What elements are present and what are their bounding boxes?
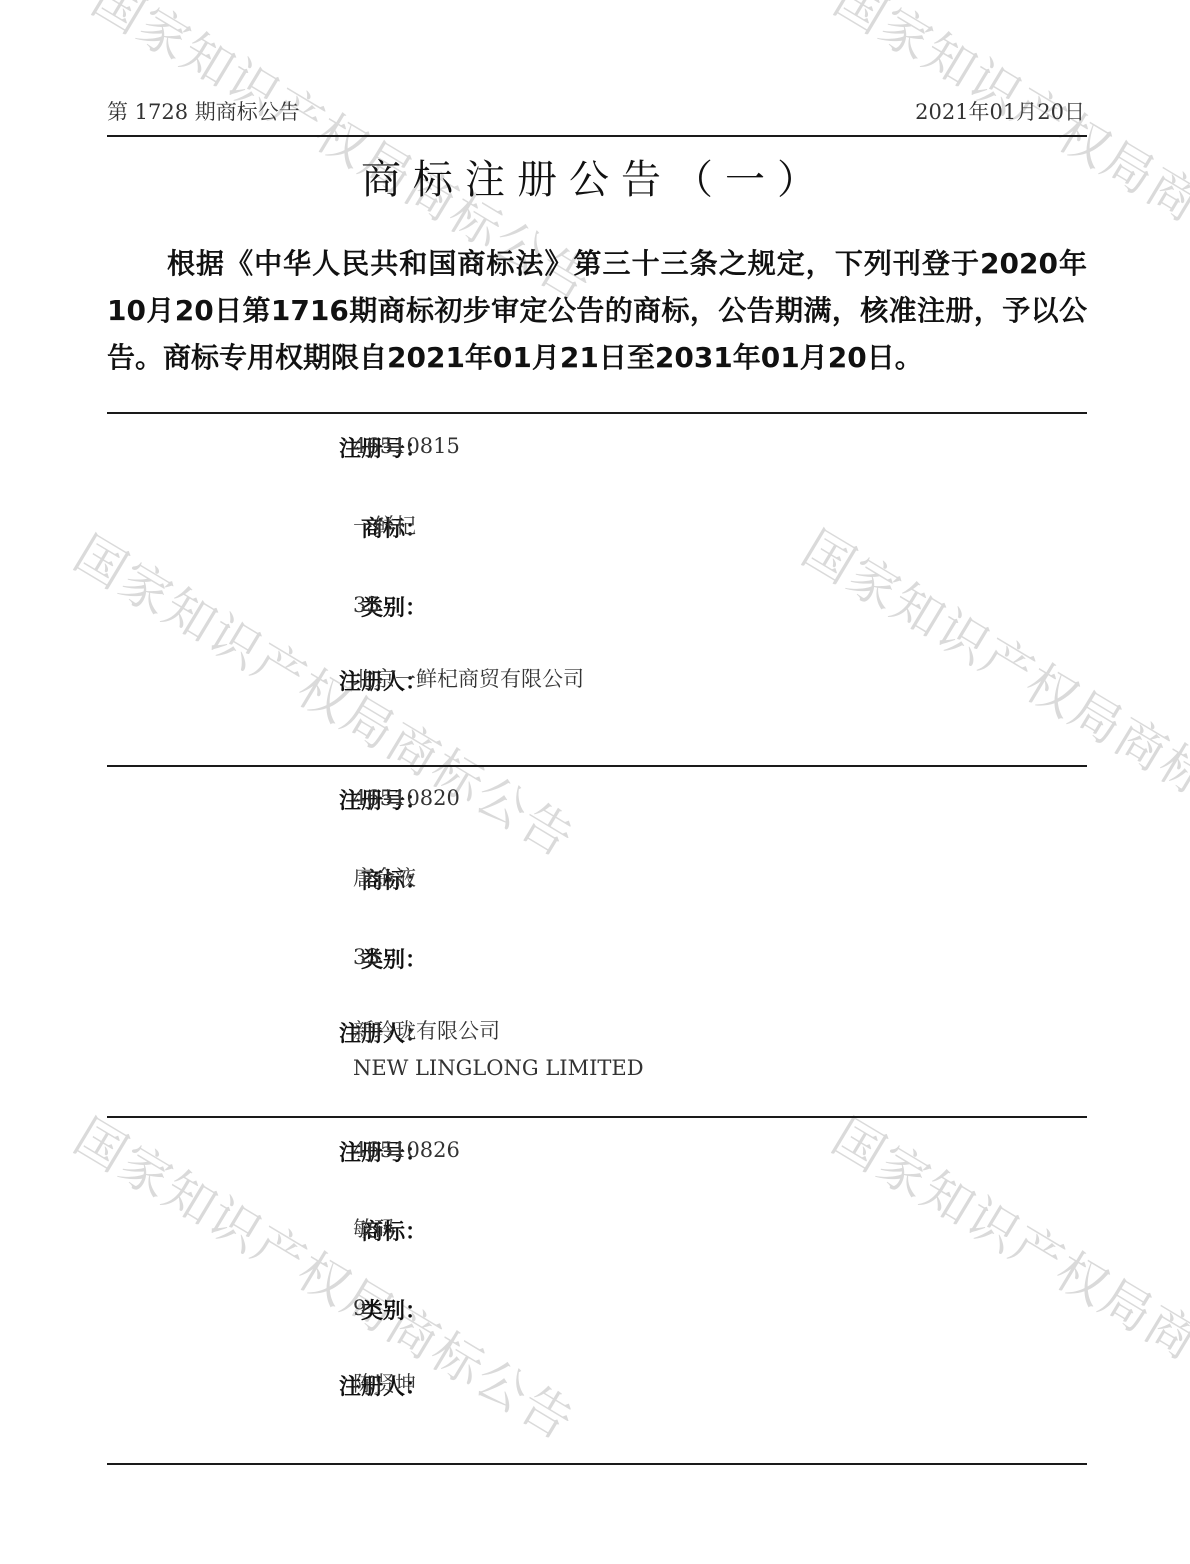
- registrant-field: 注册人： 陈贤坤: [107, 1370, 1087, 1400]
- class-value: 33: [353, 939, 380, 975]
- header-divider: [107, 135, 1087, 137]
- record-divider: [107, 1463, 1087, 1465]
- issue-date: 2021年01月20日: [915, 96, 1085, 126]
- mark-field: 商标： 一鲜杞: [107, 512, 1087, 542]
- mark-value: 一鲜杞: [353, 508, 416, 544]
- class-field: 类别： 33: [107, 943, 1087, 973]
- reg-no-value: 46510826: [353, 1132, 460, 1168]
- reg-no-value: 46510820: [353, 780, 460, 816]
- issue-number: 第 1728 期商标公告: [107, 96, 300, 126]
- registrant-value: 陈贤坤: [353, 1366, 416, 1402]
- class-value: 9: [353, 1290, 366, 1326]
- reg-no-field: 注册号： 46510815: [107, 432, 1087, 462]
- class-field: 类别： 35: [107, 591, 1087, 621]
- registrant-field: 注册人： 新玲珑有限公司: [107, 1017, 1087, 1047]
- mark-value: 敏码: [353, 1211, 395, 1247]
- intro-paragraph: 根据《中华人民共和国商标法》第三十三条之规定，下列刊登于2020年10月20日第…: [107, 240, 1087, 381]
- page-title: 商标注册公告（一）: [0, 148, 1190, 205]
- class-value: 35: [353, 587, 380, 623]
- registrant-value: 新玲珑有限公司: [353, 1013, 500, 1049]
- page-header: 第 1728 期商标公告 2021年01月20日: [107, 96, 1085, 128]
- record-divider: [107, 1116, 1087, 1118]
- registrant-value: 北京一鲜杞商贸有限公司: [353, 661, 584, 697]
- record-divider: [107, 765, 1087, 767]
- class-label: 类别：: [361, 1294, 427, 1325]
- reg-no-field: 注册号： 46510826: [107, 1136, 1087, 1166]
- mark-field: 商标： 唐金液: [107, 864, 1087, 894]
- record-divider: [107, 412, 1087, 414]
- reg-no-value: 46510815: [353, 428, 460, 464]
- mark-field: 商标： 敏码: [107, 1215, 1087, 1245]
- registrant-en-value: NEW LINGLONG LIMITED: [353, 1050, 644, 1086]
- registrant-en-field: NEW LINGLONG LIMITED: [107, 1054, 1087, 1084]
- reg-no-field: 注册号： 46510820: [107, 784, 1087, 814]
- class-field: 类别： 9: [107, 1294, 1087, 1324]
- mark-value: 唐金液: [353, 860, 416, 896]
- registrant-field: 注册人： 北京一鲜杞商贸有限公司: [107, 665, 1087, 695]
